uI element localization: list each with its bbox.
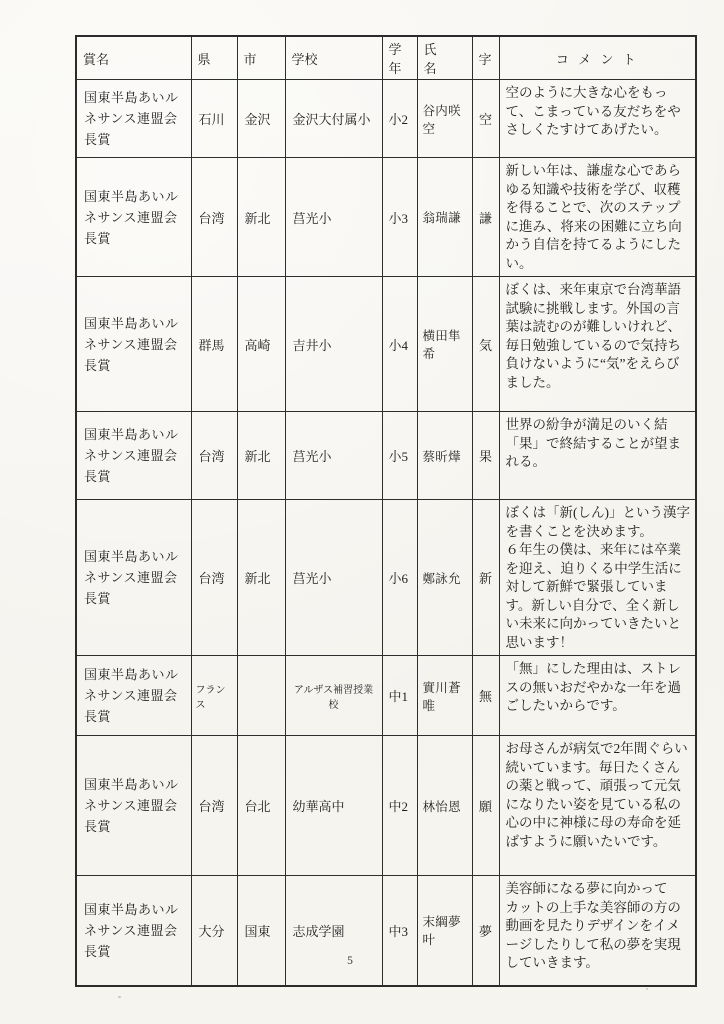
table-row: 国東半島あいルネサンス連盟会長賞 台湾 新北 莒光小 小6 鄭詠允 新 ぼくは「…	[76, 500, 696, 656]
cell-grade: 中1	[382, 656, 417, 736]
header-award: 賞名	[76, 36, 191, 80]
cell-award: 国東半島あいルネサンス連盟会長賞	[76, 876, 191, 986]
table-row: 国東半島あいルネサンス連盟会長賞 石川 金沢 金沢大付属小 小2 谷内咲空 空 …	[76, 80, 696, 158]
page-number: 5	[0, 955, 700, 967]
cell-award: 国東半島あいルネサンス連盟会長賞	[76, 500, 191, 656]
cell-kanji: 無	[472, 656, 499, 736]
cell-comment: お母さんが病気で2年間ぐらい続いています。毎日たくさんの薬と戦って、頑張って元気…	[499, 736, 696, 876]
cell-award: 国東半島あいルネサンス連盟会長賞	[76, 656, 191, 736]
cell-school: アルザス補習授業校	[285, 656, 382, 736]
cell-prefecture: フランス	[191, 656, 237, 736]
cell-kanji: 新	[472, 500, 499, 656]
cell-school: 吉井小	[285, 277, 382, 412]
cell-prefecture: 大分	[191, 876, 237, 986]
cell-grade: 中3	[382, 876, 417, 986]
awards-table: 賞名 県 市 学校 学年 氏 名 字 コ メ ン ト 国東半島あいルネサンス連盟…	[75, 35, 697, 987]
cell-comment: ぼくは、来年東京で台湾華語試験に挑戦します。外国の言葉は読むのが難しいけれど、毎…	[499, 277, 696, 412]
header-name: 氏 名	[417, 36, 472, 80]
cell-city: 新北	[237, 412, 285, 500]
cell-award: 国東半島あいルネサンス連盟会長賞	[76, 277, 191, 412]
cell-city: 新北	[237, 500, 285, 656]
table-row: 国東半島あいルネサンス連盟会長賞 大分 国東 志成学園 中3 末綱夢叶 夢 美容…	[76, 876, 696, 986]
cell-kanji: 謙	[472, 158, 499, 277]
header-kanji: 字	[472, 36, 499, 80]
cell-award: 国東半島あいルネサンス連盟会長賞	[76, 736, 191, 876]
cell-prefecture: 台湾	[191, 158, 237, 277]
cell-prefecture: 台湾	[191, 500, 237, 656]
cell-prefecture: 台湾	[191, 412, 237, 500]
cell-grade: 中2	[382, 736, 417, 876]
cell-comment: 新しい年は、謙虚な心であらゆる知識や技術を学び、収穫を得ることで、次のステップに…	[499, 158, 696, 277]
cell-city: 台北	[237, 736, 285, 876]
scan-speck	[646, 988, 648, 990]
cell-name: 林怡恩	[417, 736, 472, 876]
header-grade: 学年	[382, 36, 417, 80]
table-row: 国東半島あいルネサンス連盟会長賞 群馬 高崎 吉井小 小4 横田隼希 気 ぼくは…	[76, 277, 696, 412]
cell-grade: 小3	[382, 158, 417, 277]
scanned-document-page: { "page": { "number": "5" }, "table": { …	[0, 0, 724, 1024]
table-row: 国東半島あいルネサンス連盟会長賞 フランス アルザス補習授業校 中1 實川蒼唯 …	[76, 656, 696, 736]
scan-speck	[118, 996, 121, 998]
cell-grade: 小4	[382, 277, 417, 412]
cell-kanji: 空	[472, 80, 499, 158]
cell-city: 新北	[237, 158, 285, 277]
table-row: 国東半島あいルネサンス連盟会長賞 台湾 新北 莒光小 小5 蔡昕燁 果 世界の紛…	[76, 412, 696, 500]
cell-name: 實川蒼唯	[417, 656, 472, 736]
cell-school: 志成学園	[285, 876, 382, 986]
cell-name: 末綱夢叶	[417, 876, 472, 986]
header-prefecture: 県	[191, 36, 237, 80]
cell-grade: 小6	[382, 500, 417, 656]
cell-prefecture: 群馬	[191, 277, 237, 412]
cell-city: 金沢	[237, 80, 285, 158]
cell-prefecture: 石川	[191, 80, 237, 158]
cell-name: 蔡昕燁	[417, 412, 472, 500]
cell-kanji: 果	[472, 412, 499, 500]
cell-comment: 世界の紛争が満足のいく結「果」で終結することが望まれる。	[499, 412, 696, 500]
cell-school: 金沢大付属小	[285, 80, 382, 158]
header-comment: コ メ ン ト	[499, 36, 696, 80]
cell-comment: ぼくは「新(しん)」という漢字を書くことを決めます。 ６年生の僕は、来年には卒業…	[499, 500, 696, 656]
cell-comment: 美容師になる夢に向かって カットの上手な美容師の方の動画を見たりデザインをイメー…	[499, 876, 696, 986]
header-city: 市	[237, 36, 285, 80]
cell-city: 高崎	[237, 277, 285, 412]
cell-name: 翁瑞謙	[417, 158, 472, 277]
cell-award: 国東半島あいルネサンス連盟会長賞	[76, 158, 191, 277]
cell-award: 国東半島あいルネサンス連盟会長賞	[76, 80, 191, 158]
cell-name: 谷内咲空	[417, 80, 472, 158]
cell-comment: 「無」にした理由は、ストレスの無いおだやかな一年を過ごしたいからです。	[499, 656, 696, 736]
cell-school: 幼華高中	[285, 736, 382, 876]
cell-grade: 小2	[382, 80, 417, 158]
table-row: 国東半島あいルネサンス連盟会長賞 台湾 新北 莒光小 小3 翁瑞謙 謙 新しい年…	[76, 158, 696, 277]
cell-kanji: 気	[472, 277, 499, 412]
table-row: 国東半島あいルネサンス連盟会長賞 台湾 台北 幼華高中 中2 林怡恩 願 お母さ…	[76, 736, 696, 876]
header-school: 学校	[285, 36, 382, 80]
cell-award: 国東半島あいルネサンス連盟会長賞	[76, 412, 191, 500]
cell-name: 横田隼希	[417, 277, 472, 412]
cell-city: 国東	[237, 876, 285, 986]
cell-city	[237, 656, 285, 736]
cell-school: 莒光小	[285, 158, 382, 277]
table-header-row: 賞名 県 市 学校 学年 氏 名 字 コ メ ン ト	[76, 36, 696, 80]
cell-name: 鄭詠允	[417, 500, 472, 656]
cell-school: 莒光小	[285, 412, 382, 500]
cell-prefecture: 台湾	[191, 736, 237, 876]
cell-comment: 空のように大きな心をもって、こまっている友だちをやさしくたすけてあげたい。	[499, 80, 696, 158]
cell-kanji: 夢	[472, 876, 499, 986]
cell-grade: 小5	[382, 412, 417, 500]
cell-school: 莒光小	[285, 500, 382, 656]
cell-kanji: 願	[472, 736, 499, 876]
